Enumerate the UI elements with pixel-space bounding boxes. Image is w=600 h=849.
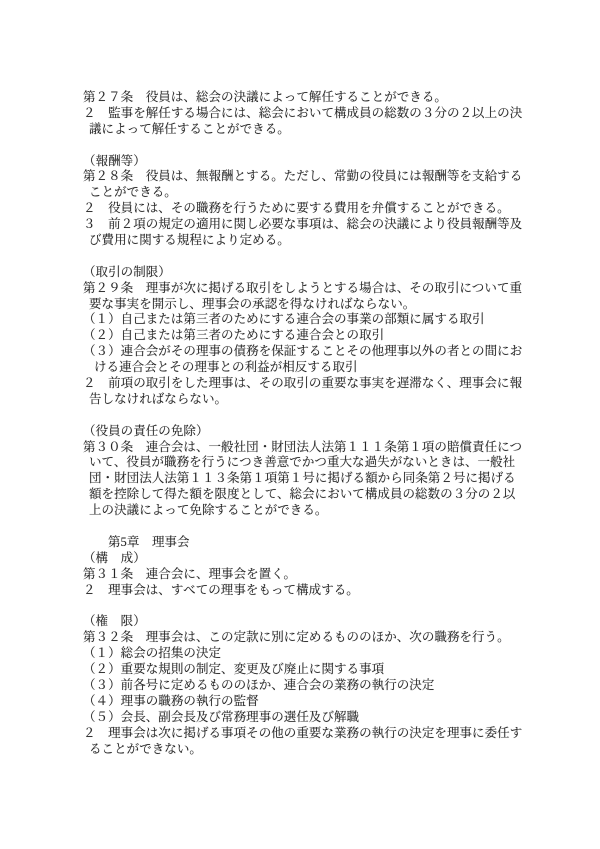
text-line: 第２７条 役員は、総会の決議によって解任することができる。 <box>83 90 553 106</box>
text-line: び費用に関する規程により定める。 <box>83 233 553 249</box>
text-line: 第２９条 理事が次に掲げる取引をしようとする場合は、その取引について重 <box>83 281 553 297</box>
blank-line <box>83 519 553 535</box>
text-line: ける連合会とその理事との利益が相反する取引 <box>83 360 553 376</box>
text-line: ３ 前２項の規定の適用に関し必要な事項は、総会の決議により役員報酬等及 <box>83 217 553 233</box>
blank-line <box>83 599 553 615</box>
text-line: ２ 前項の取引をした理事は、その取引の重要な事実を遅滞なく、理事会に報 <box>83 376 553 392</box>
text-line: （役員の責任の免除） <box>83 424 553 440</box>
text-line: 第３２条 理事会は、この定款に別に定めるもののほか、次の職務を行う。 <box>83 630 553 646</box>
text-line: 団・財団法人法第１１３条第１項第１号に掲げる額から同条第２号に掲げる <box>83 471 553 487</box>
blank-line <box>83 138 553 154</box>
text-line: ことができる。 <box>83 185 553 201</box>
text-line: 第３１条 連合会に、理事会を置く。 <box>83 567 553 583</box>
blank-line <box>83 249 553 265</box>
text-line: 要な事実を開示し、理事会の承認を得なければならない。 <box>83 297 553 313</box>
text-line: （４）理事の職務の執行の監督 <box>83 694 553 710</box>
text-line: （１）総会の招集の決定 <box>83 646 553 662</box>
text-line: ２ 監事を解任する場合には、総会において構成員の総数の３分の２以上の決 <box>83 106 553 122</box>
text-line: （２）重要な規則の制定、変更及び廃止に関する事項 <box>83 662 553 678</box>
text-line: 議によって解任することができる。 <box>83 122 553 138</box>
document-lines: 第２７条 役員は、総会の決議によって解任することができる。２ 監事を解任する場合… <box>83 90 553 757</box>
text-line: ２ 理事会は次に掲げる事項その他の重要な業務の執行の決定を理事に委任す <box>83 726 553 742</box>
text-line: いて、役員が職務を行うにつき善意でかつ重大な過失がないときは、一般社 <box>83 455 553 471</box>
text-line: 第２８条 役員は、無報酬とする。ただし、常勤の役員には報酬等を支給する <box>83 169 553 185</box>
text-line: 第5章 理事会 <box>83 535 553 551</box>
text-line: （１）自己または第三者のためにする連合会の事業の部類に属する取引 <box>83 312 553 328</box>
blank-line <box>83 408 553 424</box>
text-line: （３）連合会がその理事の債務を保証することその他理事以外の者との間にお <box>83 344 553 360</box>
text-line: 告しなければならない。 <box>83 392 553 408</box>
text-line: （３）前各号に定めるもののほか、連合会の業務の執行の決定 <box>83 678 553 694</box>
text-line: （構 成） <box>83 551 553 567</box>
text-line: ２ 役員には、その職務を行うために要する費用を弁償することができる。 <box>83 201 553 217</box>
text-line: ることができない。 <box>83 742 553 758</box>
text-line: 第３０条 連合会は、一般社団・財団法人法第１１１条第１項の賠償責任につ <box>83 440 553 456</box>
text-line: （権 限） <box>83 614 553 630</box>
text-line: （報酬等） <box>83 154 553 170</box>
scanned-document-page: 第２７条 役員は、総会の決議によって解任することができる。２ 監事を解任する場合… <box>0 0 600 849</box>
text-line: 上の決議によって免除することができる。 <box>83 503 553 519</box>
text-line: （２）自己または第三者のためにする連合会との取引 <box>83 328 553 344</box>
text-line: 額を控除して得た額を限度として、総会において構成員の総数の３分の２以 <box>83 487 553 503</box>
text-line: ２ 理事会は、すべての理事をもって構成する。 <box>83 583 553 599</box>
text-line: （取引の制限） <box>83 265 553 281</box>
text-line: （５）会長、副会長及び常務理事の選任及び解職 <box>83 710 553 726</box>
